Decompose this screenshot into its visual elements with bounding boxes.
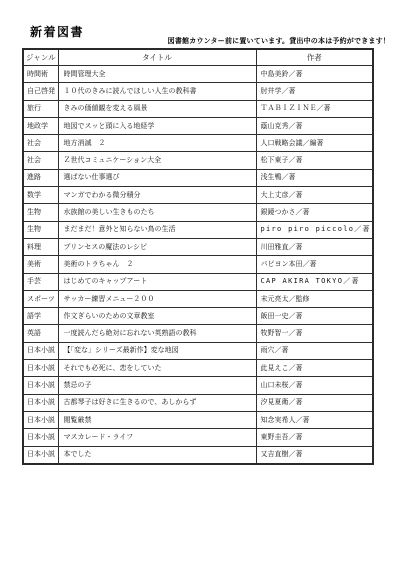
author-cell: 川田雅直／著 xyxy=(256,238,373,255)
genre-cell: 旅行 xyxy=(23,100,58,117)
genre-cell: スポーツ xyxy=(23,290,58,307)
table-row: 時間術 時間管理大全 中島美鈴／著 xyxy=(23,66,373,83)
genre-cell: 社会 xyxy=(23,152,58,169)
genre-cell: 日本小説 xyxy=(23,394,58,411)
table-row: 自己啓発 １０代のきみに読んでほしい人生の教科書 肘井学／著 xyxy=(23,83,373,100)
genre-cell: 料理 xyxy=(23,238,58,255)
title-cell: プリンセスの魔法のレシピ xyxy=(58,238,256,255)
title-cell: 時間管理大全 xyxy=(58,66,256,83)
author-cell: 此見えこ／著 xyxy=(256,360,373,377)
author-cell: 浅生鴨／著 xyxy=(256,169,373,186)
title-cell: まだまだ！意外と知らない鳥の生活 xyxy=(58,221,256,238)
title-cell: マンガでわかる微分積分 xyxy=(58,187,256,204)
table-row: 日本小説 本でした 又吉直樹／著 xyxy=(23,446,373,464)
table-row: 日本小説 それでも必死に、恋をしていた 此見えこ／著 xyxy=(23,360,373,377)
title-cell: 美術のトラちゃん ２ xyxy=(58,256,256,273)
author-cell: 大上丈彦／著 xyxy=(256,187,373,204)
genre-cell: 日本小説 xyxy=(23,342,58,359)
genre-cell: 進路 xyxy=(23,169,58,186)
author-cell: 蔭山克秀／著 xyxy=(256,117,373,134)
table-row: 日本小説 【「変な」シリーズ最新作】変な地図 雨穴／著 xyxy=(23,342,373,359)
table-body: 時間術 時間管理大全 中島美鈴／著 自己啓発 １０代のきみに読んでほしい人生の教… xyxy=(23,66,373,464)
genre-cell: 日本小説 xyxy=(23,360,58,377)
title-cell: 禁忌の子 xyxy=(58,377,256,394)
author-cell: piro piro piccolo／著 xyxy=(256,221,373,238)
library-counter-note: 図書館カウンター前に置いています。貸出中の本は予約ができます！ xyxy=(168,36,390,46)
genre-cell: 自己啓発 xyxy=(23,83,58,100)
author-cell: 東野圭吾／著 xyxy=(256,429,373,446)
genre-cell: 社会 xyxy=(23,135,58,152)
author-cell: 中島美鈴／著 xyxy=(256,66,373,83)
table-row: 語学 作文ぎらいのための文章教室 飯田一史／著 xyxy=(23,308,373,325)
genre-cell: 語学 xyxy=(23,308,58,325)
column-header-title: タイトル xyxy=(58,49,256,66)
title-cell: 水族館の美しい生きものたち xyxy=(58,204,256,221)
table-row: 日本小説 閲覧厳禁 知念実希人／著 xyxy=(23,411,373,428)
title-cell: 閲覧厳禁 xyxy=(58,411,256,428)
title-cell: はじめてのキャップアート xyxy=(58,273,256,290)
author-cell: 知念実希人／著 xyxy=(256,411,373,428)
table-row: 生物 まだまだ！意外と知らない鳥の生活 piro piro piccolo／著 xyxy=(23,221,373,238)
title-cell: 一度読んだら絶対に忘れない英熟語の教科 xyxy=(58,325,256,342)
author-cell: 銀鏡つかさ／著 xyxy=(256,204,373,221)
title-cell: １０代のきみに読んでほしい人生の教科書 xyxy=(58,83,256,100)
table-row: 進路 選ばない仕事選び 浅生鴨／著 xyxy=(23,169,373,186)
title-cell: 地方消滅 ２ xyxy=(58,135,256,152)
table-row: 社会 地方消滅 ２ 人口戦略会議／編著 xyxy=(23,135,373,152)
genre-cell: 日本小説 xyxy=(23,411,58,428)
new-books-table: ジャンル タイトル 作者 時間術 時間管理大全 中島美鈴／著 自己啓発 １０代の… xyxy=(22,48,374,465)
table-row: 数学 マンガでわかる微分積分 大上丈彦／著 xyxy=(23,187,373,204)
author-cell: 又吉直樹／著 xyxy=(256,446,373,464)
author-cell: CAP AKIRA TOKYO／著 xyxy=(256,273,373,290)
table-row: 手芸 はじめてのキャップアート CAP AKIRA TOKYO／著 xyxy=(23,273,373,290)
author-cell: ＴＡＢＩＺＩＮＥ／著 xyxy=(256,100,373,117)
table-row: 料理 プリンセスの魔法のレシピ 川田雅直／著 xyxy=(23,238,373,255)
author-cell: 汐見夏衛／著 xyxy=(256,394,373,411)
genre-cell: 日本小説 xyxy=(23,429,58,446)
genre-cell: 地政学 xyxy=(23,117,58,134)
author-cell: パピヨン本田／著 xyxy=(256,256,373,273)
author-cell: 牧野智一／著 xyxy=(256,325,373,342)
column-header-author: 作者 xyxy=(256,49,373,66)
author-cell: 末元亮太／監修 xyxy=(256,290,373,307)
table-row: 日本小説 マスカレード・ライフ 東野圭吾／著 xyxy=(23,429,373,446)
table-row: 地政学 地図でスッと頭に入る地経学 蔭山克秀／著 xyxy=(23,117,373,134)
title-cell: それでも必死に、恋をしていた xyxy=(58,360,256,377)
title-cell: 古都琴子は好きに生きるので、あしからず xyxy=(58,394,256,411)
table-row: 旅行 きみの価値観を変える風景 ＴＡＢＩＺＩＮＥ／著 xyxy=(23,100,373,117)
genre-cell: 英語 xyxy=(23,325,58,342)
title-cell: マスカレード・ライフ xyxy=(58,429,256,446)
table-header-row: ジャンル タイトル 作者 xyxy=(23,49,373,66)
genre-cell: 日本小説 xyxy=(23,446,58,464)
author-cell: 雨穴／著 xyxy=(256,342,373,359)
author-cell: 松下東子／著 xyxy=(256,152,373,169)
genre-cell: 生物 xyxy=(23,221,58,238)
genre-cell: 手芸 xyxy=(23,273,58,290)
title-cell: 【「変な」シリーズ最新作】変な地図 xyxy=(58,342,256,359)
author-cell: 山口未桜／著 xyxy=(256,377,373,394)
genre-cell: 日本小説 xyxy=(23,377,58,394)
table-row: 生物 水族館の美しい生きものたち 銀鏡つかさ／著 xyxy=(23,204,373,221)
title-cell: サッカー練習メニュー２００ xyxy=(58,290,256,307)
table-row: 英語 一度読んだら絶対に忘れない英熟語の教科 牧野智一／著 xyxy=(23,325,373,342)
table-row: 社会 Ｚ世代コミュニケーション大全 松下東子／著 xyxy=(23,152,373,169)
page-title: 新着図書 xyxy=(30,23,84,40)
genre-cell: 時間術 xyxy=(23,66,58,83)
author-cell: 人口戦略会議／編著 xyxy=(256,135,373,152)
author-cell: 飯田一史／著 xyxy=(256,308,373,325)
table-row: 日本小説 禁忌の子 山口未桜／著 xyxy=(23,377,373,394)
author-cell: 肘井学／著 xyxy=(256,83,373,100)
table-row: スポーツ サッカー練習メニュー２００ 末元亮太／監修 xyxy=(23,290,373,307)
column-header-genre: ジャンル xyxy=(23,49,58,66)
title-cell: 本でした xyxy=(58,446,256,464)
title-cell: 地図でスッと頭に入る地経学 xyxy=(58,117,256,134)
title-cell: きみの価値観を変える風景 xyxy=(58,100,256,117)
genre-cell: 生物 xyxy=(23,204,58,221)
table-row: 日本小説 古都琴子は好きに生きるので、あしからず 汐見夏衛／著 xyxy=(23,394,373,411)
title-cell: 選ばない仕事選び xyxy=(58,169,256,186)
title-cell: Ｚ世代コミュニケーション大全 xyxy=(58,152,256,169)
genre-cell: 数学 xyxy=(23,187,58,204)
genre-cell: 美術 xyxy=(23,256,58,273)
table-row: 美術 美術のトラちゃん ２ パピヨン本田／著 xyxy=(23,256,373,273)
title-cell: 作文ぎらいのための文章教室 xyxy=(58,308,256,325)
